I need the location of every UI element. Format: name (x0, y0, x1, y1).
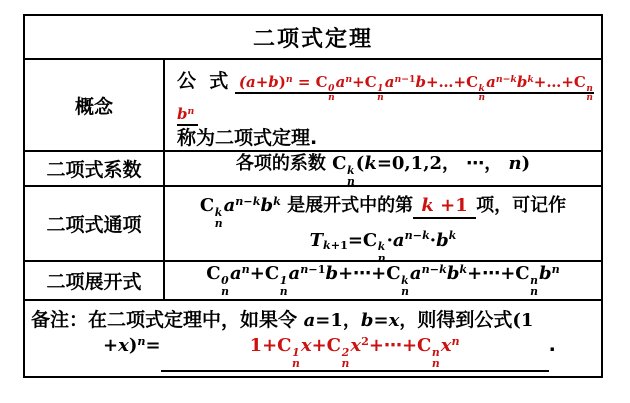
row-label-general-term: 二项式通项 (25, 187, 165, 260)
general-term-cell: Cknan−kbk 是展开式中的第k +1项，可记作 Tk+1=Ckn·an−k… (165, 187, 601, 260)
text-segment: 是展开式中的第 (287, 195, 413, 216)
note-line1: 备注：在二项式定理中，如果令 a=1，b=x，则得到公式(1 (31, 305, 595, 332)
formula-segment: Ckn(k=0,1,2， ⋯， n) (332, 153, 530, 174)
formula-segment: (a+b)n = C0nan+C1nan−1b+…+Cknan−kbk+…+Cn… (177, 73, 594, 126)
row-general-term: 二项式通项 Cknan−kbk 是展开式中的第k +1项，可记作 Tk+1=Ck… (25, 185, 601, 260)
concept-cell: 公 式 (a+b)n = C0nan+C1nan−1b+…+Cknan−kbk+… (165, 60, 601, 150)
text-segment: . (549, 334, 556, 356)
expansion-line: C0nan+C1nan−1b+⋯+Cknan−kbk+⋯+Cnnbn (206, 263, 559, 298)
worksheet-page: 二项式定理 概念 公 式 (a+b)n = C0nan+C1nan−1b+…+C… (0, 0, 630, 403)
page-title: 二项式定理 (253, 22, 373, 53)
row-note: 备注：在二项式定理中，如果令 a=1，b=x，则得到公式(1 +x)n=1+C1… (25, 299, 601, 376)
formula-segment: Tk+1=Ckn·an−k·bk (310, 230, 457, 251)
formula-segment: C0nan+C1nan−1b+⋯+Cknan−kbk+⋯+Cnnbn (206, 263, 559, 284)
text-segment: 则得到公式 (417, 309, 512, 331)
text-segment: 各项的系数 (236, 153, 332, 174)
general-term-line2: Tk+1=Ckn·an−k·bk (310, 230, 457, 265)
text-segment: 项，可记作 (476, 195, 566, 216)
row-concept: 概念 公 式 (a+b)n = C0nan+C1nan−1b+…+Cknan−k… (25, 58, 601, 150)
formula-segment: +x)n= (103, 335, 161, 356)
expansion-cell: C0nan+C1nan−1b+⋯+Cknan−kbk+⋯+Cnnbn (165, 262, 601, 299)
concept-caption-line: 称为二项式定理. (177, 123, 597, 150)
row-expansion: 二项展开式 C0nan+C1nan−1b+⋯+Cknan−kbk+⋯+Cnnbn (25, 260, 601, 299)
concept-formula-line: 公 式 (a+b)n = C0nan+C1nan−1b+…+Cknan−kbk+… (177, 66, 597, 123)
row-binomial-coefficient: 二项式系数 各项的系数 Ckn(k=0,1,2， ⋯， n) (25, 150, 601, 185)
note-line2: +x)n=1+C1nx+C2nx2+⋯+Cnnxn. (31, 334, 595, 373)
text-segment: 公 式 (177, 70, 235, 92)
formula-segment: Cknan−kbk (200, 195, 287, 216)
formula-segment: (1 (512, 310, 533, 331)
formula-segment: a=1，b=x， (304, 310, 418, 331)
table-title-row: 二项式定理 (25, 16, 601, 58)
general-term-line1: Cknan−kbk 是展开式中的第k +1项，可记作 (200, 191, 566, 230)
coefficient-line: 各项的系数 Ckn(k=0,1,2， ⋯， n) (236, 149, 530, 188)
row-label-concept: 概念 (25, 60, 165, 150)
binomial-theorem-table: 二项式定理 概念 公 式 (a+b)n = C0nan+C1nan−1b+…+C… (23, 14, 603, 378)
formula-segment: 1+C1nx+C2nx2+⋯+Cnnxn (161, 335, 549, 373)
row-label-coefficient: 二项式系数 (25, 152, 165, 185)
coefficient-cell: 各项的系数 Ckn(k=0,1,2， ⋯， n) (165, 152, 601, 185)
row-label-expansion: 二项展开式 (25, 262, 165, 299)
formula-segment: k +1 (413, 195, 476, 219)
text-segment: 称为二项式定理. (177, 127, 317, 149)
text-segment: 备注：在二项式定理中，如果令 (31, 309, 304, 331)
